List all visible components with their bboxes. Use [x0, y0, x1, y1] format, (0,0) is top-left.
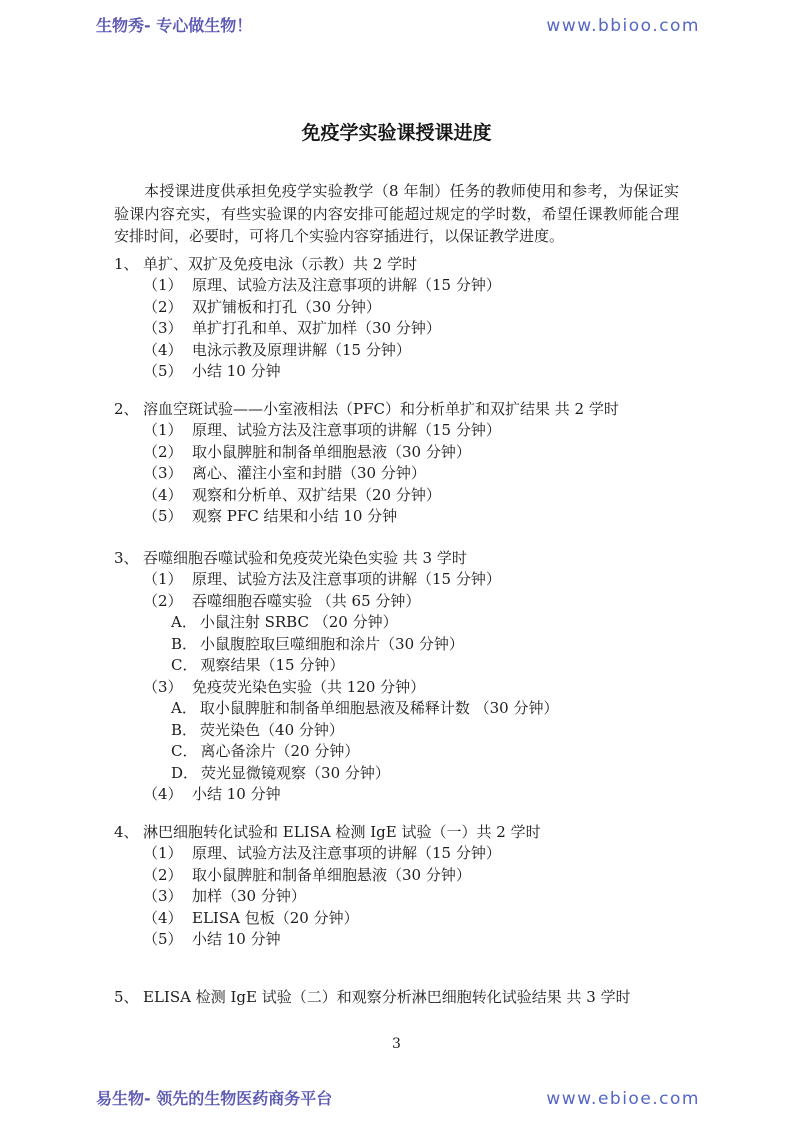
section-number: 3、 — [114, 548, 143, 570]
item-text: 观察结果（15 分钟） — [200, 655, 679, 677]
section-title: ELISA 检测 IgE 试验（二）和观察分析淋巴细胞转化试验结果 共 3 学时 — [143, 987, 679, 1009]
item-text: 单扩打孔和单、双扩加样（30 分钟） — [192, 318, 679, 340]
document-page: 免疫学实验课授课进度 本授课进度供承担免疫学实验教学（8 年制）任务的教师使用和… — [114, 120, 679, 1008]
item-text: 电泳示教及原理讲解（15 分钟） — [192, 340, 679, 362]
list-item: B．小鼠腹腔取巨噬细胞和涂片（30 分钟） — [171, 634, 679, 656]
item-text: 离心、灌注小室和封腊（30 分钟） — [192, 463, 679, 485]
list-item: （2）取小鼠脾脏和制备单细胞悬液（30 分钟） — [143, 442, 679, 464]
list-item: A．小鼠注射 SRBC （20 分钟） — [171, 612, 679, 634]
list-item: C．离心备涂片（20 分钟） — [171, 741, 679, 763]
item-marker: （4） — [143, 340, 192, 362]
list-item: （5）观察 PFC 结果和小结 10 分钟 — [143, 506, 679, 528]
item-text: 荧光显微镜观察（30 分钟） — [201, 763, 679, 785]
item-marker: B． — [171, 720, 197, 742]
section-heading: 4、淋巴细胞转化试验和 ELISA 检测 IgE 试验（一）共 2 学时 — [114, 822, 679, 844]
section-title: 吞噬细胞吞噬试验和免疫荧光染色实验 共 3 学时 — [143, 548, 679, 570]
list-item: （2）双扩铺板和打孔（30 分钟） — [143, 297, 679, 319]
item-marker: （3） — [143, 463, 192, 485]
item-text: 小鼠注射 SRBC （20 分钟） — [200, 612, 679, 634]
list-item: （1）原理、试验方法及注意事项的讲解（15 分钟） — [143, 275, 679, 297]
list-item: （1）原理、试验方法及注意事项的讲解（15 分钟） — [143, 420, 679, 442]
sections: 1、单扩、双扩及免疫电泳（示教）共 2 学时（1）原理、试验方法及注意事项的讲解… — [114, 254, 679, 1009]
section-heading: 3、吞噬细胞吞噬试验和免疫荧光染色实验 共 3 学时 — [114, 548, 679, 570]
item-text: 原理、试验方法及注意事项的讲解（15 分钟） — [192, 275, 679, 297]
section: 1、单扩、双扩及免疫电泳（示教）共 2 学时（1）原理、试验方法及注意事项的讲解… — [114, 254, 679, 383]
list-item: C．观察结果（15 分钟） — [171, 655, 679, 677]
item-text: 观察 PFC 结果和小结 10 分钟 — [192, 506, 679, 528]
item-text: 小结 10 分钟 — [192, 361, 679, 383]
header-brand-text: 生物秀- 专心做生物！ — [96, 13, 252, 36]
item-marker: （5） — [143, 929, 192, 951]
page-number: 3 — [0, 1036, 793, 1052]
item-text: 离心备涂片（20 分钟） — [200, 741, 679, 763]
page-header: 生物秀- 专心做生物！ www.bbioo.com — [96, 13, 700, 36]
item-text: ELISA 包板（20 分钟） — [192, 908, 679, 930]
section: 2、溶血空斑试验——小室液相法（PFC）和分析单扩和双扩结果 共 2 学时（1）… — [114, 399, 679, 528]
item-marker: （5） — [143, 361, 192, 383]
item-text: 小结 10 分钟 — [192, 784, 679, 806]
item-marker: C． — [171, 741, 197, 763]
item-marker: （2） — [143, 591, 192, 613]
item-marker: （3） — [143, 677, 192, 699]
section-title: 单扩、双扩及免疫电泳（示教）共 2 学时 — [143, 254, 679, 276]
item-marker: （4） — [143, 485, 192, 507]
footer-url-link[interactable]: www.ebioe.com — [546, 1089, 700, 1109]
list-item: （4）小结 10 分钟 — [143, 784, 679, 806]
list-item: （4）ELISA 包板（20 分钟） — [143, 908, 679, 930]
item-text: 取小鼠脾脏和制备单细胞悬液（30 分钟） — [192, 865, 679, 887]
page-footer: 易生物- 领先的生物医药商务平台 www.ebioe.com — [96, 1086, 700, 1109]
header-url-link[interactable]: www.bbioo.com — [546, 16, 700, 36]
section: 4、淋巴细胞转化试验和 ELISA 检测 IgE 试验（一）共 2 学时（1）原… — [114, 822, 679, 951]
item-text: 取小鼠脾脏和制备单细胞悬液及稀释计数 （30 分钟） — [200, 698, 679, 720]
list-item: （5）小结 10 分钟 — [143, 929, 679, 951]
item-marker: （2） — [143, 297, 192, 319]
item-marker: A． — [171, 698, 197, 720]
item-text: 免疫荧光染色实验（共 120 分钟） — [192, 677, 679, 699]
item-text: 双扩铺板和打孔（30 分钟） — [192, 297, 679, 319]
list-item: （4）观察和分析单、双扩结果（20 分钟） — [143, 485, 679, 507]
item-marker: （3） — [143, 318, 192, 340]
item-text: 观察和分析单、双扩结果（20 分钟） — [192, 485, 679, 507]
item-marker: （1） — [143, 843, 192, 865]
item-marker: （4） — [143, 784, 192, 806]
item-marker: C． — [171, 655, 197, 677]
item-marker: （2） — [143, 442, 192, 464]
section-number: 1、 — [114, 254, 143, 276]
list-item: （3）免疫荧光染色实验（共 120 分钟） — [143, 677, 679, 699]
item-marker: B． — [171, 634, 197, 656]
section-title: 淋巴细胞转化试验和 ELISA 检测 IgE 试验（一）共 2 学时 — [143, 822, 679, 844]
item-marker: （3） — [143, 886, 192, 908]
intro-paragraph: 本授课进度供承担免疫学实验教学（8 年制）任务的教师使用和参考，为保证实验课内容… — [114, 180, 679, 248]
list-item: （5）小结 10 分钟 — [143, 361, 679, 383]
list-item: A．取小鼠脾脏和制备单细胞悬液及稀释计数 （30 分钟） — [171, 698, 679, 720]
item-text: 原理、试验方法及注意事项的讲解（15 分钟） — [192, 420, 679, 442]
item-text: 加样（30 分钟） — [192, 886, 679, 908]
section: 3、吞噬细胞吞噬试验和免疫荧光染色实验 共 3 学时（1）原理、试验方法及注意事… — [114, 548, 679, 806]
item-marker: （4） — [143, 908, 192, 930]
item-text: 原理、试验方法及注意事项的讲解（15 分钟） — [192, 843, 679, 865]
item-text: 小鼠腹腔取巨噬细胞和涂片（30 分钟） — [200, 634, 679, 656]
item-marker: （5） — [143, 506, 192, 528]
list-item: （3）单扩打孔和单、双扩加样（30 分钟） — [143, 318, 679, 340]
section-number: 4、 — [114, 822, 143, 844]
item-marker: A． — [171, 612, 197, 634]
item-marker: （1） — [143, 275, 192, 297]
section-heading: 2、溶血空斑试验——小室液相法（PFC）和分析单扩和双扩结果 共 2 学时 — [114, 399, 679, 421]
section-heading: 1、单扩、双扩及免疫电泳（示教）共 2 学时 — [114, 254, 679, 276]
item-marker: （2） — [143, 865, 192, 887]
list-item: （1）原理、试验方法及注意事项的讲解（15 分钟） — [143, 843, 679, 865]
list-item: （3）离心、灌注小室和封腊（30 分钟） — [143, 463, 679, 485]
list-item: （4）电泳示教及原理讲解（15 分钟） — [143, 340, 679, 362]
section: 5、ELISA 检测 IgE 试验（二）和观察分析淋巴细胞转化试验结果 共 3 … — [114, 987, 679, 1009]
item-marker: D． — [171, 763, 198, 785]
item-text: 原理、试验方法及注意事项的讲解（15 分钟） — [192, 569, 679, 591]
section-heading: 5、ELISA 检测 IgE 试验（二）和观察分析淋巴细胞转化试验结果 共 3 … — [114, 987, 679, 1009]
list-item: （2）取小鼠脾脏和制备单细胞悬液（30 分钟） — [143, 865, 679, 887]
section-number: 2、 — [114, 399, 143, 421]
item-text: 取小鼠脾脏和制备单细胞悬液（30 分钟） — [192, 442, 679, 464]
list-item: （2）吞噬细胞吞噬实验 （共 65 分钟） — [143, 591, 679, 613]
list-item: B．荧光染色（40 分钟） — [171, 720, 679, 742]
list-item: （1）原理、试验方法及注意事项的讲解（15 分钟） — [143, 569, 679, 591]
item-text: 荧光染色（40 分钟） — [200, 720, 679, 742]
item-text: 吞噬细胞吞噬实验 （共 65 分钟） — [192, 591, 679, 613]
footer-brand-text: 易生物- 领先的生物医药商务平台 — [96, 1086, 332, 1109]
section-title: 溶血空斑试验——小室液相法（PFC）和分析单扩和双扩结果 共 2 学时 — [143, 399, 679, 421]
item-text: 小结 10 分钟 — [192, 929, 679, 951]
item-marker: （1） — [143, 569, 192, 591]
item-marker: （1） — [143, 420, 192, 442]
list-item: （3）加样（30 分钟） — [143, 886, 679, 908]
section-number: 5、 — [114, 987, 143, 1009]
document-title: 免疫学实验课授课进度 — [114, 120, 679, 146]
list-item: D．荧光显微镜观察（30 分钟） — [171, 763, 679, 785]
